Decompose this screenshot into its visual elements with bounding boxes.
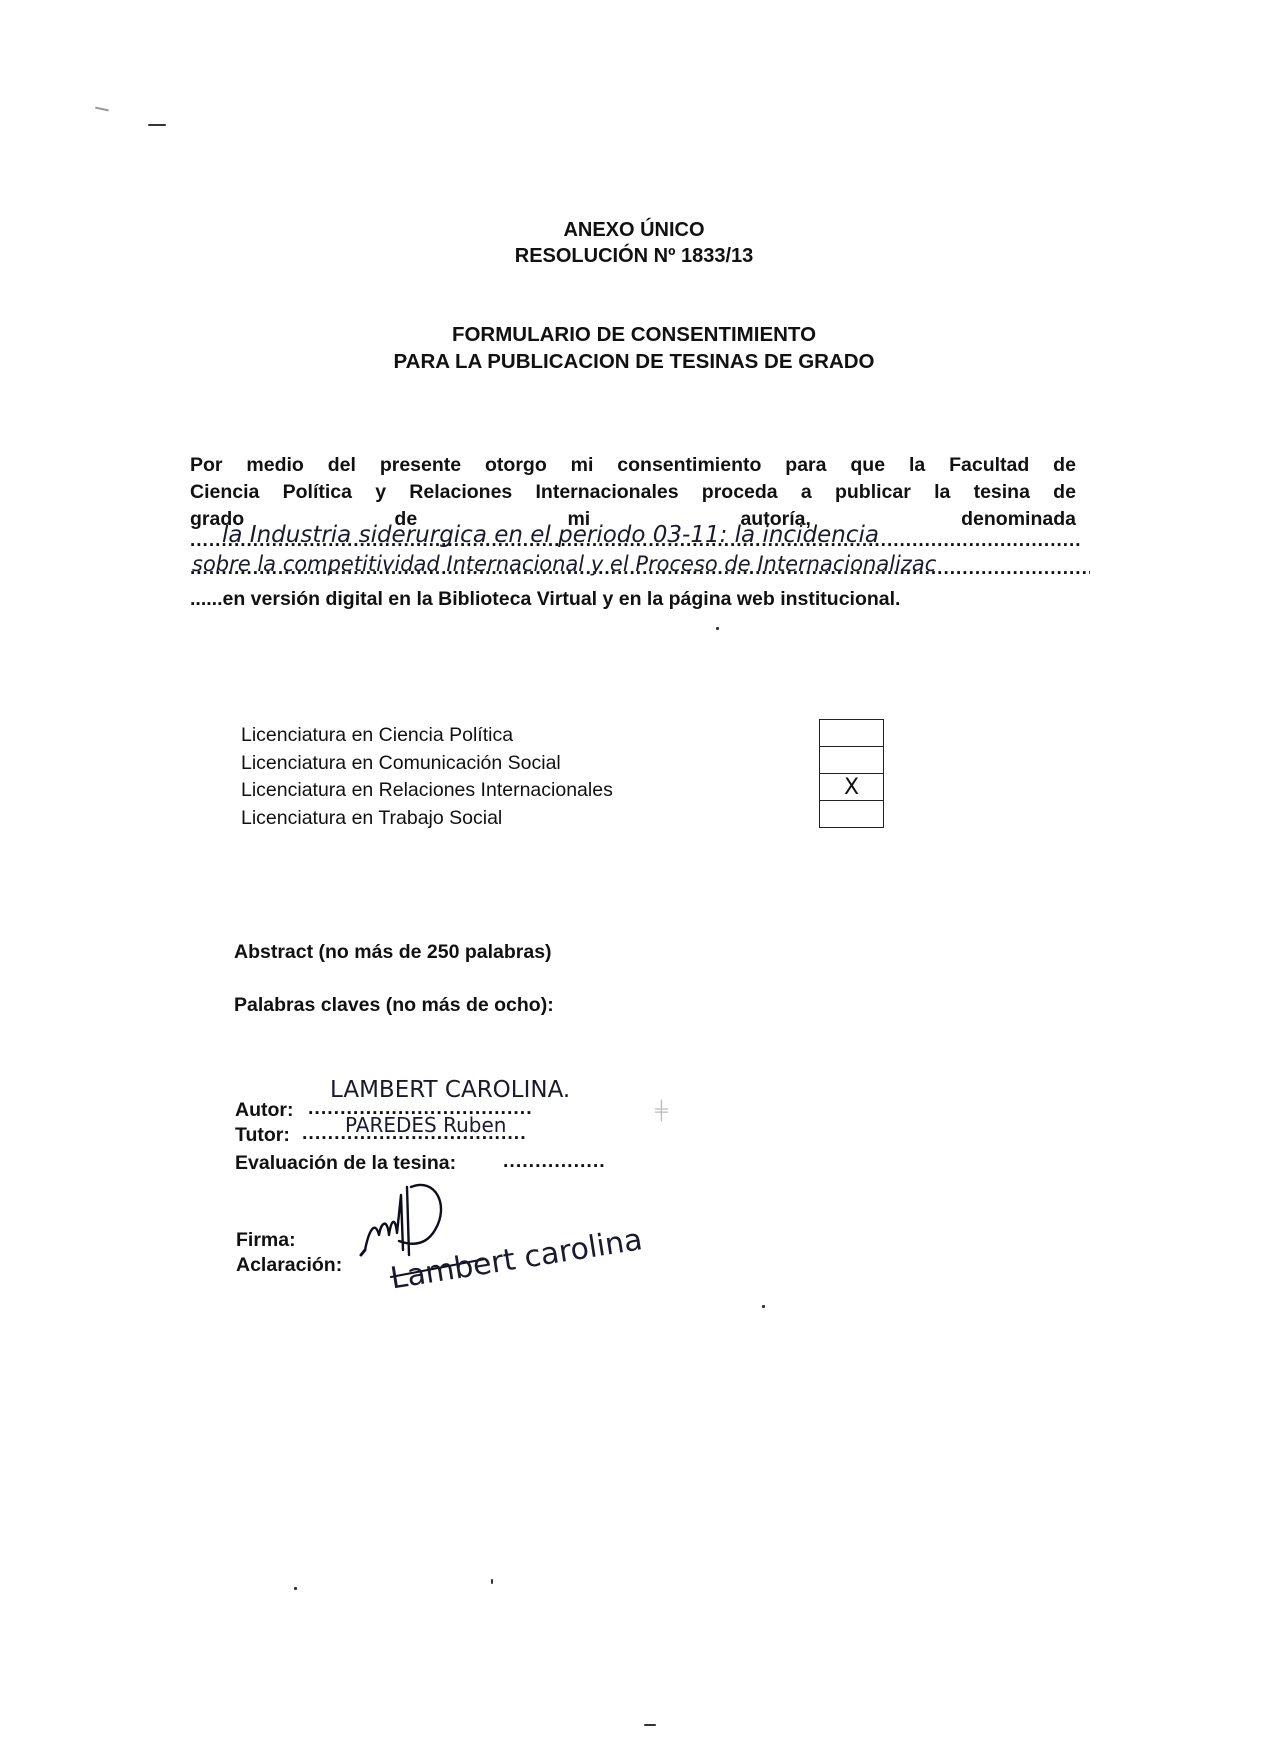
degree-list: Licenciatura en Ciencia Política Licenci… xyxy=(241,722,613,832)
scan-artifact-mark: ╪ xyxy=(655,1100,668,1121)
clarification-label: Aclaración: xyxy=(236,1254,342,1277)
consent-word: para xyxy=(785,452,826,479)
consent-word: presente xyxy=(380,452,461,479)
consent-word: denominada xyxy=(961,506,1076,533)
consent-word: Facultad xyxy=(949,452,1029,479)
checkbox-ciencia-politica[interactable] xyxy=(820,720,883,747)
checkbox-trabajo-social[interactable] xyxy=(820,801,883,827)
consent-word: que xyxy=(850,452,885,479)
consent-word: y xyxy=(375,479,386,506)
degree-option-ciencia-politica: Licenciatura en Ciencia Política xyxy=(241,722,613,750)
consent-word: del xyxy=(328,452,356,479)
consent-line-2: CienciaPolíticayRelacionesInternacionale… xyxy=(190,479,1076,506)
scan-speck xyxy=(491,1579,493,1584)
consent-word: la xyxy=(909,452,925,479)
consent-word: tesina xyxy=(974,479,1030,506)
scan-speck xyxy=(716,627,719,630)
tutor-value[interactable]: PAREDES Ruben xyxy=(345,1113,506,1137)
degree-option-trabajo-social: Licenciatura en Trabajo Social xyxy=(241,805,613,833)
consent-word: Por xyxy=(190,452,223,479)
scan-speck xyxy=(95,107,109,111)
thesis-title-handwritten-2[interactable]: sobre la competitividad Internacional y … xyxy=(192,552,936,576)
consent-paragraph: Pormediodelpresenteotorgomiconsentimient… xyxy=(190,452,1076,533)
scan-speck xyxy=(294,1587,297,1590)
keywords-label: Palabras claves (no más de ocho): xyxy=(234,994,554,1017)
scan-speck xyxy=(644,1724,656,1726)
author-label: Autor: xyxy=(235,1099,293,1122)
consent-word: Ciencia xyxy=(190,479,259,506)
consent-word: Internacionales xyxy=(536,479,679,506)
tutor-label: Tutor: xyxy=(235,1124,290,1147)
scan-speck xyxy=(148,124,166,126)
consent-word: la xyxy=(934,479,950,506)
degree-option-relaciones-internacionales: Licenciatura en Relaciones Internacional… xyxy=(241,777,613,805)
consent-word: publicar xyxy=(835,479,911,506)
consent-word: Relaciones xyxy=(409,479,512,506)
signature-label: Firma: xyxy=(236,1229,296,1252)
degree-option-comunicacion-social: Licenciatura en Comunicación Social xyxy=(241,750,613,778)
degree-checkbox-column: X xyxy=(819,719,884,828)
consent-closing: ......en versión digital en la Bibliotec… xyxy=(190,588,900,611)
consent-word: de xyxy=(1053,452,1076,479)
consent-word: medio xyxy=(246,452,303,479)
scan-speck xyxy=(762,1305,765,1308)
evaluation-label: Evaluación de la tesina: xyxy=(235,1152,456,1175)
consent-word: Política xyxy=(283,479,352,506)
consent-word: proceda xyxy=(702,479,778,506)
consent-word: otorgo xyxy=(485,452,547,479)
thesis-title-handwritten-1[interactable]: la Industria siderurgica en el periodo 0… xyxy=(222,522,879,548)
form-title-line-1: FORMULARIO DE CONSENTIMIENTO xyxy=(0,322,1268,348)
consent-word: de xyxy=(1053,479,1076,506)
annex-title: ANEXO ÚNICO xyxy=(0,217,1268,243)
checkbox-comunicacion-social[interactable] xyxy=(820,747,883,774)
consent-word: mi xyxy=(571,452,594,479)
author-value[interactable]: LAMBERT CAROLINA. xyxy=(330,1077,570,1103)
abstract-label: Abstract (no más de 250 palabras) xyxy=(234,941,552,964)
consent-word: a xyxy=(801,479,812,506)
evaluation-dots[interactable]: ................ xyxy=(503,1150,606,1173)
consent-word: consentimiento xyxy=(617,452,761,479)
checkbox-relaciones-internacionales[interactable]: X xyxy=(820,774,883,801)
resolution-number: RESOLUCIÓN Nº 1833/13 xyxy=(0,243,1268,269)
consent-line-1: Pormediodelpresenteotorgomiconsentimient… xyxy=(190,452,1076,479)
form-title-line-2: PARA LA PUBLICACION DE TESINAS DE GRADO xyxy=(0,349,1268,375)
